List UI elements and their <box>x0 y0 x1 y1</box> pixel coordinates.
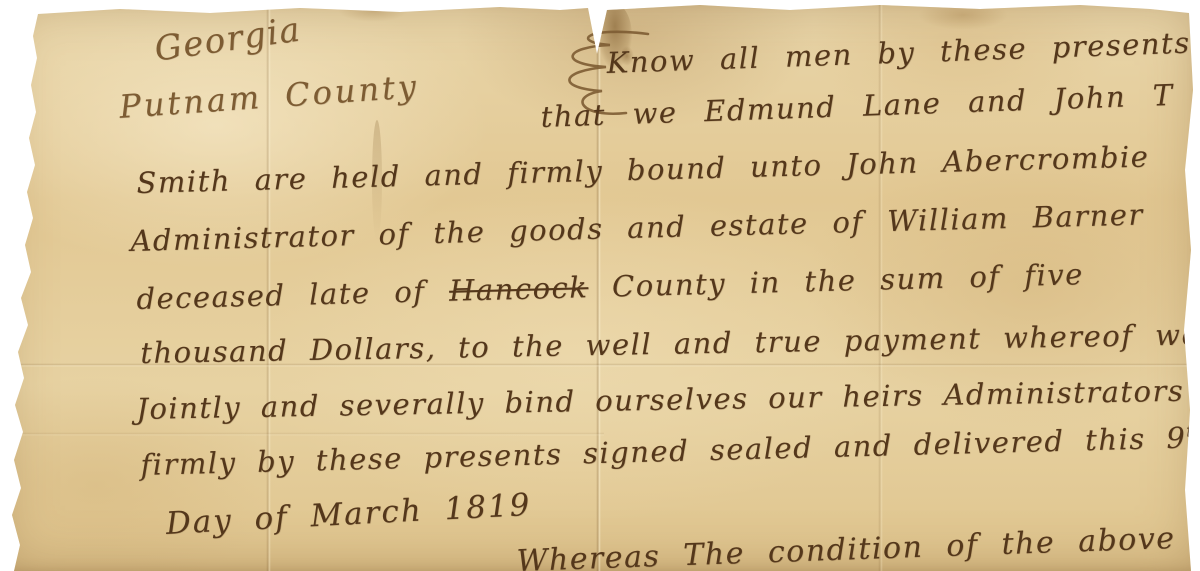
line8-ordinal-suffix: th <box>1186 420 1200 442</box>
manuscript-line-3: Smith are held and firmly bound unto Joh… <box>136 139 1150 200</box>
manuscript-line-2: that we Edmund Lane and John T <box>540 78 1174 134</box>
scanned-document-page: Georgia Putnam County Know all men by th… <box>0 0 1200 571</box>
manuscript-line-8: firmly by these presents signed sealed a… <box>140 420 1200 482</box>
manuscript-line-6: thousand Dollars, to the well and true p… <box>140 318 1200 370</box>
manuscript-paper: Georgia Putnam County Know all men by th… <box>0 0 1200 571</box>
county-label: Putnam County <box>118 67 420 126</box>
fold-crease-horizontal-lower <box>14 432 604 436</box>
line5-post: County in the sum of five <box>588 257 1084 304</box>
manuscript-line-7: Jointly and severally bind ourselves our… <box>136 373 1200 426</box>
manuscript-line-5: deceased late of Hancock County in the s… <box>136 257 1084 316</box>
manuscript-line-9: Day of March 1819 <box>165 487 532 542</box>
line5-struck-word: Hancock <box>449 270 589 308</box>
stain-top-left <box>338 0 408 22</box>
manuscript-line-10-partial: Whereas The condition of the above <box>516 521 1176 571</box>
manuscript-line-1: Know all men by these presents <box>606 26 1191 80</box>
manuscript-line-4: Administrator of the goods and estate of… <box>130 197 1144 258</box>
stain-top-right <box>918 0 1008 30</box>
line8-text: firmly by these presents signed sealed a… <box>140 421 1187 482</box>
state-label: Georgia <box>152 9 304 69</box>
line5-pre: deceased late of <box>136 274 450 316</box>
